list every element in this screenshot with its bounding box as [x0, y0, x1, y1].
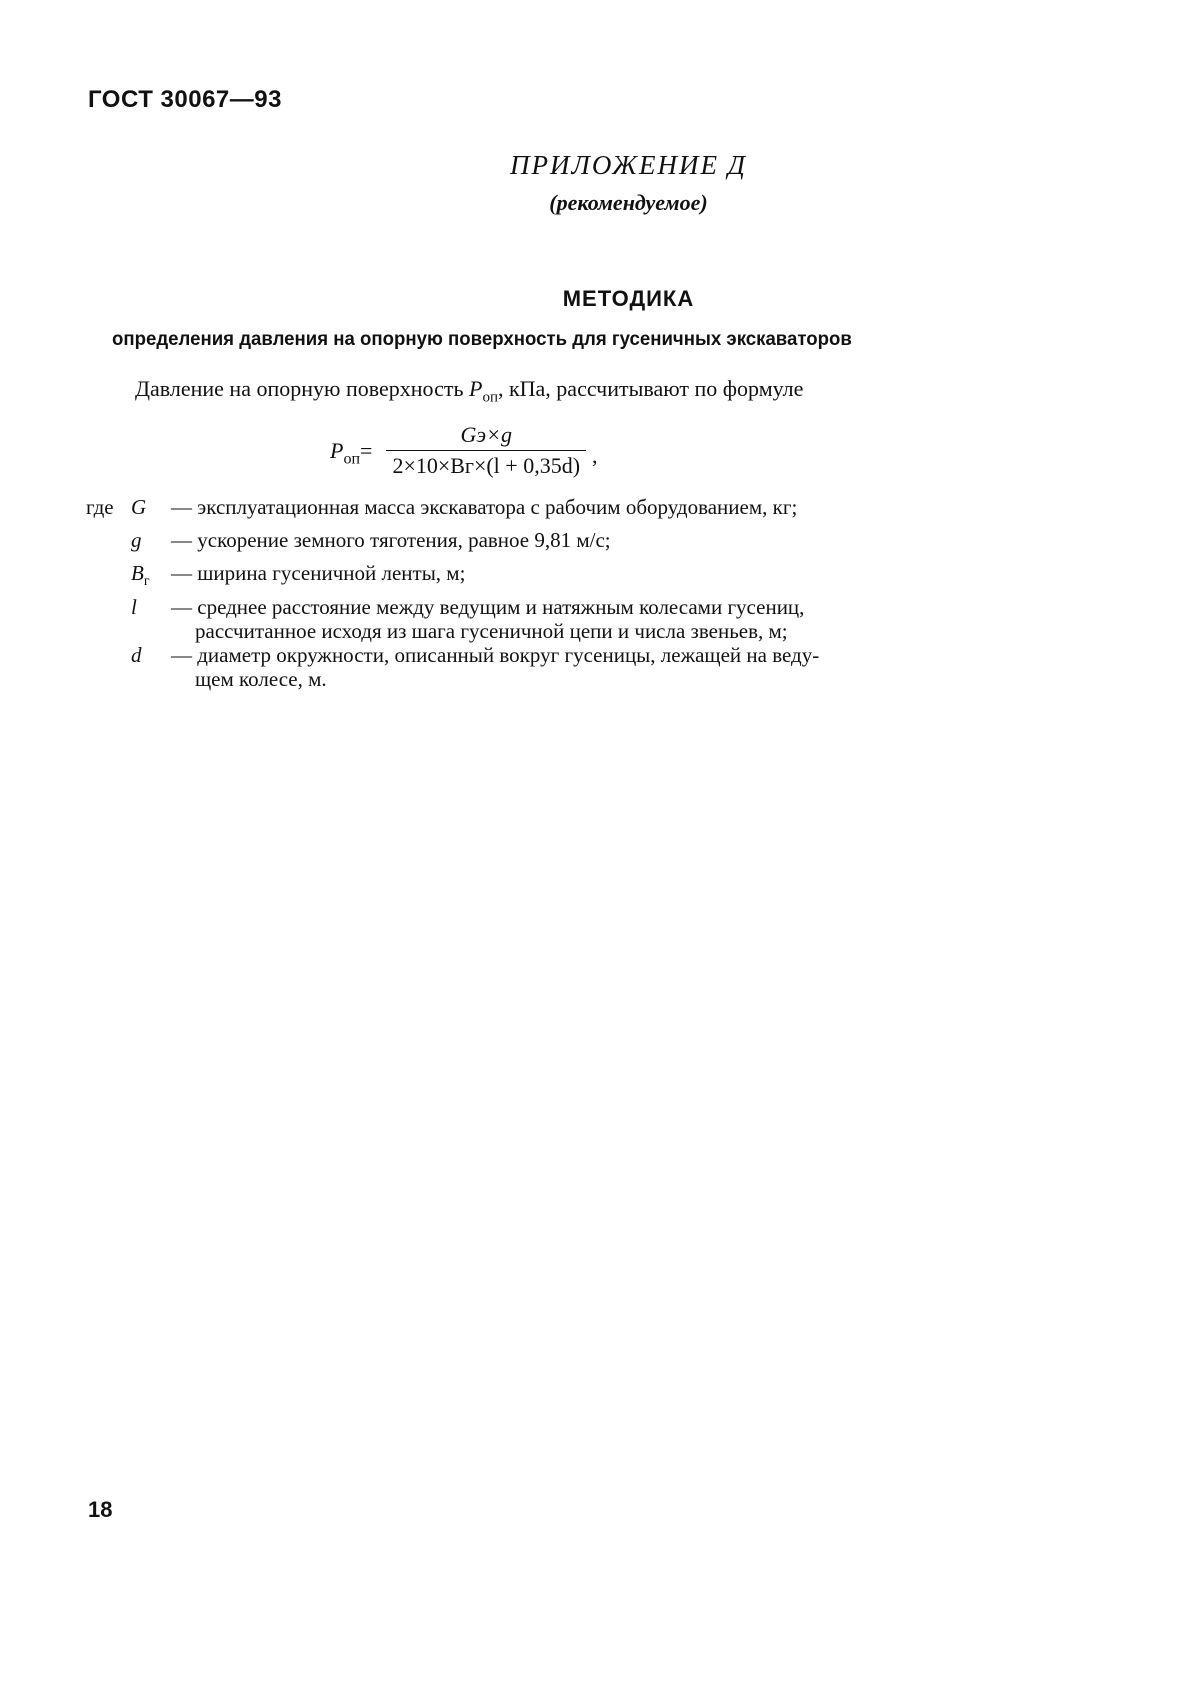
appendix-title: ПРИЛОЖЕНИЕ Д — [0, 150, 1197, 181]
definition-continuation: рассчитанное исходя из шага гусеничной ц… — [171, 619, 1046, 643]
method-subtitle: определения давления на опорную поверхно… — [112, 329, 852, 351]
definition-prefix — [86, 595, 131, 643]
definitions-list: гдеG— эксплуатационная масса экскаватора… — [86, 495, 1046, 691]
intro-text-before: Давление на опорную поверхность — [135, 376, 469, 401]
definition-text: — ускорение земного тяготения, равное 9,… — [171, 528, 1046, 561]
method-title: МЕТОДИКА — [0, 286, 1197, 312]
definition-item: l— среднее расстояние между ведущим и на… — [86, 595, 1046, 643]
definition-text: — эксплуатационная масса экскаватора с р… — [171, 495, 1046, 528]
pressure-symbol: Pоп — [469, 376, 498, 401]
definition-text: — диаметр окружности, описанный вокруг г… — [171, 643, 1046, 691]
pressure-formula: Pоп= Gэ×g 2×10×Bг×(l + 0,35d) , — [330, 422, 598, 479]
definition-item: Bг— ширина гусеничной ленты, м; — [86, 561, 1046, 594]
appendix-status: (рекомендуемое) — [0, 190, 1197, 216]
definition-symbol: g — [131, 528, 171, 561]
definition-text: — ширина гусеничной ленты, м; — [171, 561, 1046, 594]
definition-item: d— диаметр окружности, описанный вокруг … — [86, 643, 1046, 691]
definition-symbol: d — [131, 643, 171, 691]
formula-lhs: Pоп= — [330, 438, 372, 468]
formula-trailing: , — [592, 443, 598, 469]
intro-paragraph: Давление на опорную поверхность Pоп, кПа… — [135, 376, 803, 406]
formula-numerator: Gэ×g — [441, 422, 532, 450]
definition-prefix — [86, 528, 131, 561]
definition-symbol: l — [131, 595, 171, 643]
definition-prefix: где — [86, 495, 131, 528]
definition-symbol: G — [131, 495, 171, 528]
definition-item: гдеG— эксплуатационная масса экскаватора… — [86, 495, 1046, 528]
definition-symbol: Bг — [131, 561, 171, 594]
definition-continuation: щем колесе, м. — [171, 667, 1046, 691]
formula-fraction: Gэ×g 2×10×Bг×(l + 0,35d) — [386, 422, 586, 479]
definition-prefix — [86, 561, 131, 594]
page-number: 18 — [88, 1497, 112, 1523]
standard-header: ГОСТ 30067—93 — [88, 86, 282, 114]
formula-denominator: 2×10×Bг×(l + 0,35d) — [386, 450, 586, 479]
definition-text: — среднее расстояние между ведущим и нат… — [171, 595, 1046, 643]
definition-prefix — [86, 643, 131, 691]
definition-item: g— ускорение земного тяготения, равное 9… — [86, 528, 1046, 561]
intro-text-after: , кПа, рассчитывают по формуле — [498, 376, 803, 401]
